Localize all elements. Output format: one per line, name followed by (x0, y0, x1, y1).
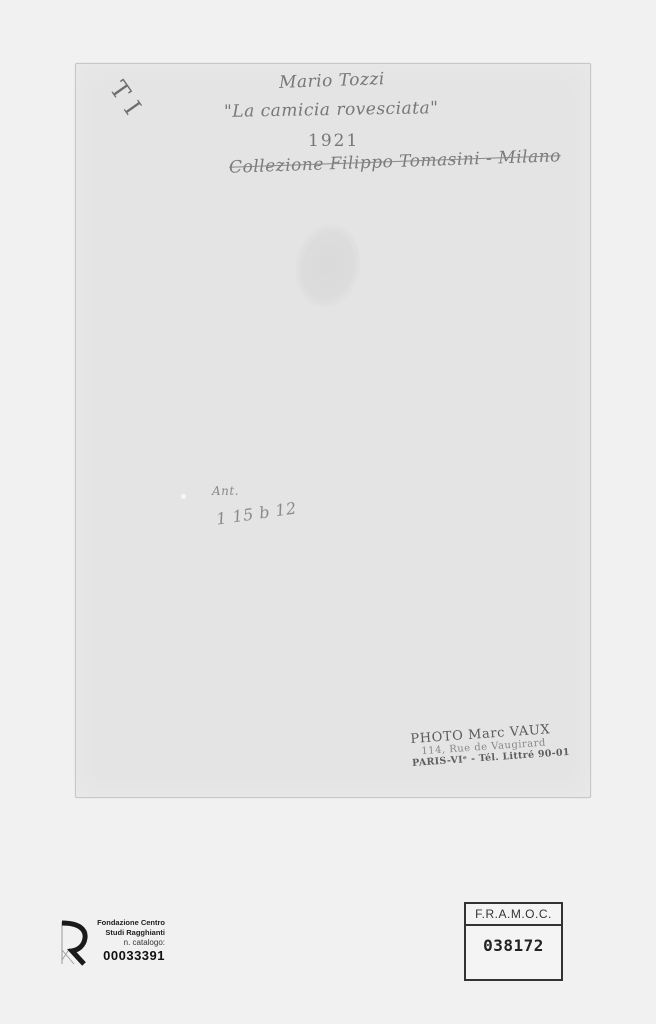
archive-info: Fondazione Centro Studi Ragghianti n. ca… (95, 918, 165, 964)
catalog-label: n. catalogo: (95, 938, 165, 948)
inventory-label: Ant. (212, 484, 239, 498)
framoc-label: F.R.A.M.O.C. 038172 (464, 902, 563, 981)
artist-name: Mario Tozzi (279, 69, 385, 93)
photographer-stamp: PHOTO Marc VAUX 114, Rue de Vaugirard PA… (410, 721, 572, 769)
collection-note-struck: Collezione Filippo Tomasini - Milano (229, 146, 561, 178)
framoc-header: F.R.A.M.O.C. (466, 904, 561, 926)
photograph-verso: T I Mario Tozzi "La camicia rovesciata" … (75, 63, 591, 798)
artwork-year: 1921 (308, 131, 359, 151)
adhesive-stain (288, 218, 368, 313)
ragghianti-r-logo-icon (60, 920, 88, 966)
paper-mark (181, 494, 186, 499)
institution-line-2: Studi Ragghianti (95, 928, 165, 938)
inventory-number: 1 15 b 12 (215, 498, 298, 528)
framoc-number: 038172 (466, 936, 561, 955)
catalog-number: 00033391 (95, 948, 165, 964)
archive-label: Fondazione Centro Studi Ragghianti n. ca… (55, 914, 165, 970)
institution-line-1: Fondazione Centro (95, 918, 165, 928)
artwork-title: "La camicia rovesciata" (224, 98, 439, 122)
corner-mark: T I (104, 76, 147, 120)
